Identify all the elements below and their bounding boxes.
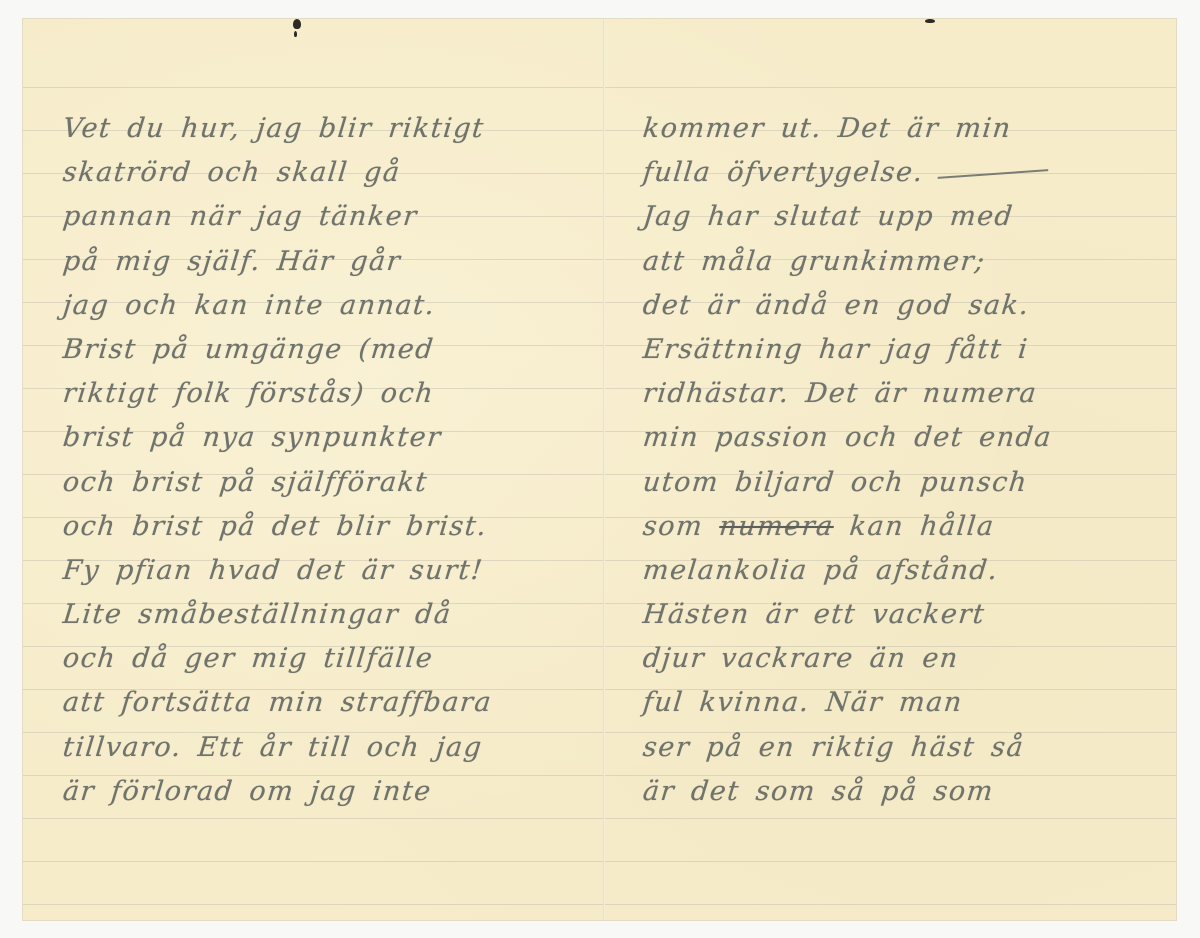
handwritten-text: fulla öfvertygelse. [641,157,925,188]
handwritten-line: Jag har slutat upp med [641,195,1156,239]
handwritten-line: ful kvinna. När man [641,681,1156,725]
letter-sheet: Vet du hur, jag blir riktigt skatrörd oc… [23,19,1176,920]
handwritten-line: pannan när jag tänker [61,195,606,239]
handwritten-line: riktigt folk förstås) och [61,372,606,416]
handwritten-line: jag och kan inte annat. [61,284,606,328]
scanned-letter: Vet du hur, jag blir riktigt skatrörd oc… [0,0,1200,938]
handwritten-line: Vet du hur, jag blir riktigt [61,107,606,151]
handwritten-line: det är ändå en god sak. [641,284,1156,328]
handwritten-line: ridhästar. Det är numera [641,372,1156,416]
left-page: Vet du hur, jag blir riktigt skatrörd oc… [63,107,603,814]
handwritten-line: Brist på umgänge (med [61,328,606,372]
handwritten-line: och brist på det blir brist. [61,505,606,549]
handwritten-line: och då ger mig tillfälle [61,637,606,681]
handwritten-line-with-strikethrough: som numera kan hålla [641,505,1156,549]
handwritten-line: att måla grunkimmer; [641,240,1156,284]
handwritten-line: skatrörd och skall gå [61,151,606,195]
handwritten-line: Lite småbeställningar då [61,593,606,637]
handwritten-line: tillvaro. Ett år till och jag [61,726,606,770]
handwritten-line: melankolia på afstånd. [641,549,1156,593]
ink-blot-top-left [293,19,301,29]
handwritten-line: utom biljard och punsch [641,461,1156,505]
handwritten-line: är det som så på som [641,770,1156,814]
handwritten-line: min passion och det enda [641,416,1156,460]
handwritten-line: djur vackrare än en [641,637,1156,681]
handwritten-line: att fortsätta min straffbara [61,681,606,725]
handwritten-line: på mig själf. Här går [61,240,606,284]
ink-blot-top-left-drip [294,31,297,37]
handwritten-line: och brist på själfförakt [61,461,606,505]
handwritten-line: Hästen är ett vackert [641,593,1156,637]
ink-blot-top-right [925,19,935,23]
pen-dash-stroke [937,169,1048,179]
handwritten-line: ser på en riktig häst så [641,726,1156,770]
handwritten-line: Ersättning har jag fått i [641,328,1156,372]
struck-word: numera [718,511,836,542]
right-page: kommer ut. Det är min fulla öfvertygelse… [643,107,1153,814]
handwritten-line: brist på nya synpunkter [61,416,606,460]
handwritten-line: är förlorad om jag inte [61,770,606,814]
handwritten-line: kommer ut. Det är min [641,107,1156,151]
handwritten-line: fulla öfvertygelse. [641,151,1156,195]
handwritten-line: Fy pfian hvad det är surt! [61,549,606,593]
